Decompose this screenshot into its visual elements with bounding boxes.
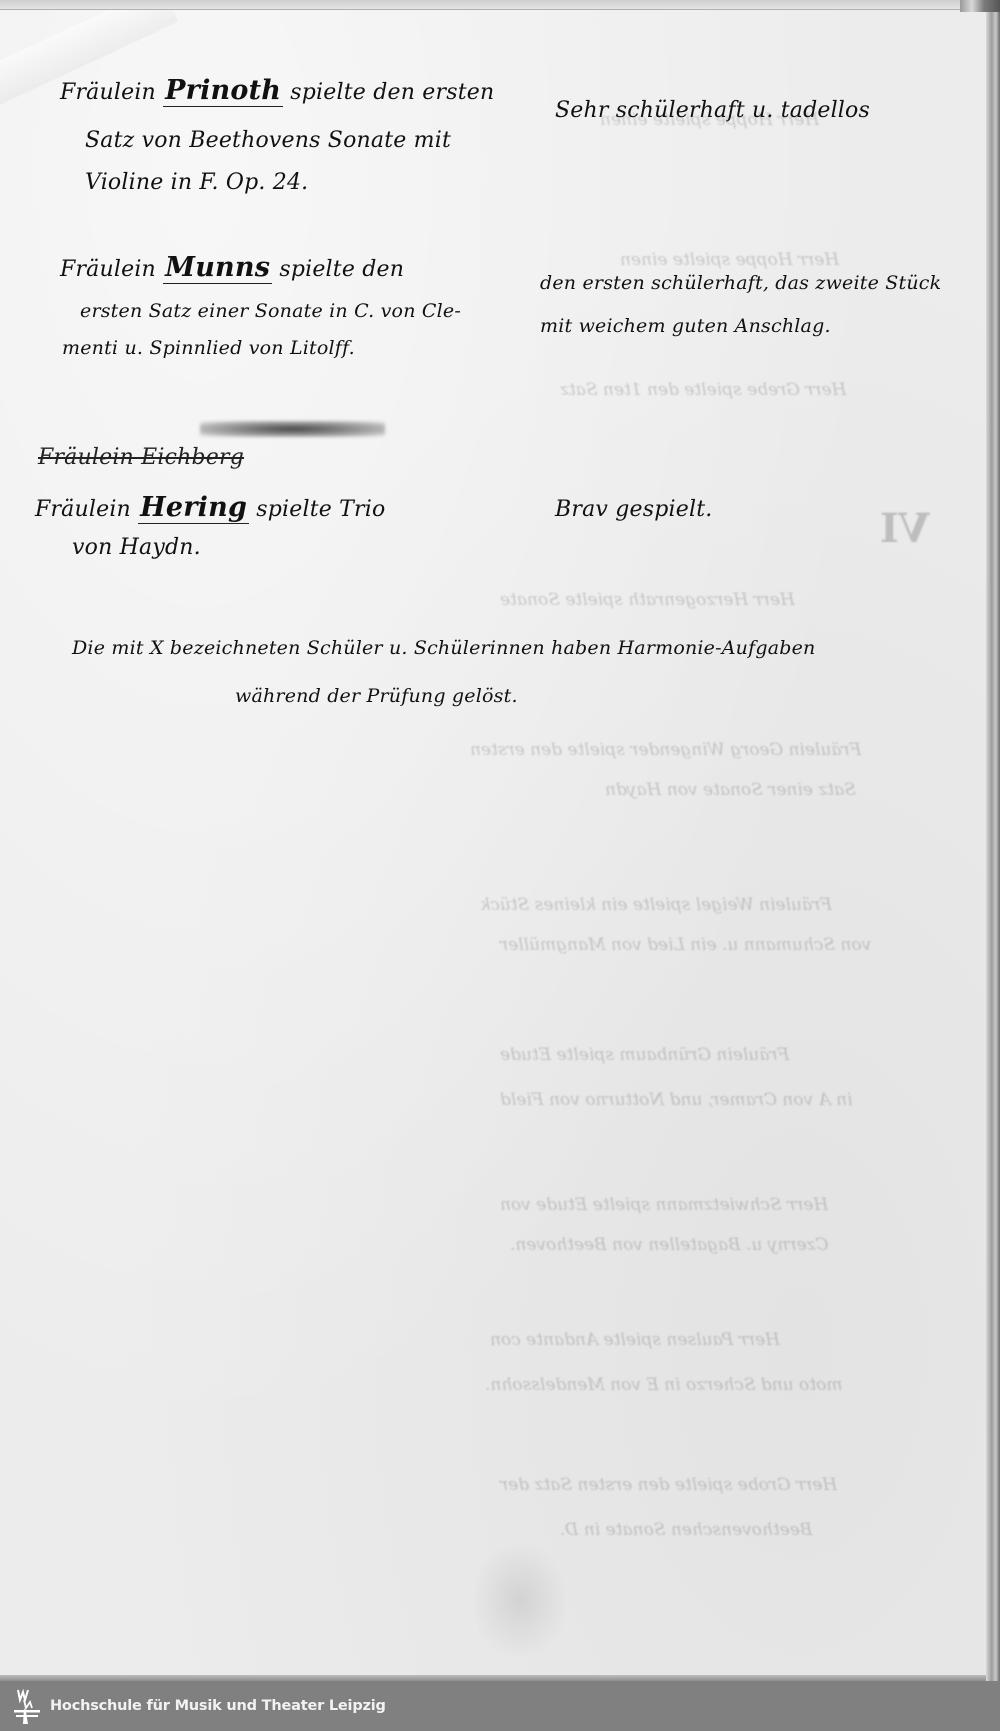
entry-hering-line2: von Haydn. xyxy=(72,535,201,560)
paper-stain xyxy=(475,1545,565,1655)
bleed-through-text: Herr Paulsen spielte Andante con xyxy=(490,1330,780,1350)
remark-munns-line1: den ersten schülerhaft, das zweite Stück xyxy=(540,272,941,294)
bleed-through-text: Czerny u. Bagatellen von Beethoven. xyxy=(510,1235,829,1255)
hmt-leipzig-logo-icon xyxy=(10,1686,44,1726)
remark-prinoth: Sehr schülerhaft u. tadellos xyxy=(555,98,870,123)
student-name-munns: Munns xyxy=(163,252,272,284)
entry-prinoth-line3: Violine in F. Op. 24. xyxy=(85,170,308,195)
institution-footer: Hochschule für Musik und Theater Leipzig xyxy=(0,1681,1000,1731)
institution-name: Hochschule für Musik und Theater Leipzig xyxy=(50,1698,386,1714)
entry-munns-line2: ersten Satz einer Sonate in C. von Cle- xyxy=(80,300,461,322)
entry-munns-line1: Fräulein Munns spielte den xyxy=(60,252,404,283)
entry-text: spielte den ersten xyxy=(290,80,494,105)
entry-prefix: Fräulein xyxy=(60,80,156,105)
bleed-through-text: Satz einer Sonate von Haydn xyxy=(605,780,856,800)
manuscript-page: Herr Hoppe spielte einen Herr Hoppe spie… xyxy=(0,0,1000,1681)
ink-smudge xyxy=(200,421,385,437)
bleed-through-text: Beethovenschen Sonate in D. xyxy=(560,1520,812,1540)
student-name-prinoth: Prinoth xyxy=(163,75,283,107)
bleed-through-text: Fräulein Georg Wingender spielte den ers… xyxy=(470,740,861,760)
bleed-through-text: Herr Hoppe spielte einen xyxy=(620,250,839,270)
entry-prefix: Fräulein xyxy=(60,257,156,282)
entry-text: spielte Trio xyxy=(256,497,385,522)
note-harmony-tasks-line2: während der Prüfung gelöst. xyxy=(235,685,518,707)
page-right-edge xyxy=(986,12,1000,1681)
entry-text: spielte den xyxy=(279,257,404,282)
binding-corner xyxy=(960,0,1000,12)
remark-hering: Brav gespielt. xyxy=(555,497,712,522)
bleed-through-text: Herr Grobe spielte den ersten Satz der xyxy=(500,1475,837,1495)
bleed-through-text: Fräulein Weigel spielte ein kleines Stüc… xyxy=(480,895,832,915)
remark-munns-line2: mit weichem guten Anschlag. xyxy=(540,315,831,337)
bleed-through-text: moto und Scherzo in E von Mendelssohn. xyxy=(485,1375,842,1395)
page-top-edge xyxy=(0,0,1000,10)
entry-prefix: Fräulein xyxy=(35,497,131,522)
struck-entry-eichberg: Fräulein Eichberg xyxy=(38,445,244,470)
note-harmony-tasks-line1: Die mit X bezeichneten Schüler u. Schüle… xyxy=(72,637,815,659)
bleed-through-text: Fräulein Grünbaum spielte Etude xyxy=(500,1045,789,1065)
bleed-through-roman-numeral: VI xyxy=(880,505,930,552)
bleed-through-text: von Schumann u. ein Lied von Mangmüller xyxy=(500,935,871,955)
entry-munns-line3: menti u. Spinnlied von Litolff. xyxy=(62,337,355,359)
student-name-hering: Hering xyxy=(138,492,249,524)
bleed-through-text: Herr Herzogenrath spielte Sonate xyxy=(500,590,795,610)
bleed-through-text: in A von Cramer, und Notturno von Field xyxy=(500,1090,853,1110)
entry-prinoth-line1: Fräulein Prinoth spielte den ersten xyxy=(60,75,494,106)
entry-prinoth-line2: Satz von Beethovens Sonate mit xyxy=(85,128,451,153)
entry-hering-line1: Fräulein Hering spielte Trio xyxy=(35,492,385,523)
bleed-through-text: Herr Grebe spielte den 1ten Satz xyxy=(560,380,846,400)
bleed-through-text: Herr Schwietzmann spielte Etude von xyxy=(500,1195,828,1215)
